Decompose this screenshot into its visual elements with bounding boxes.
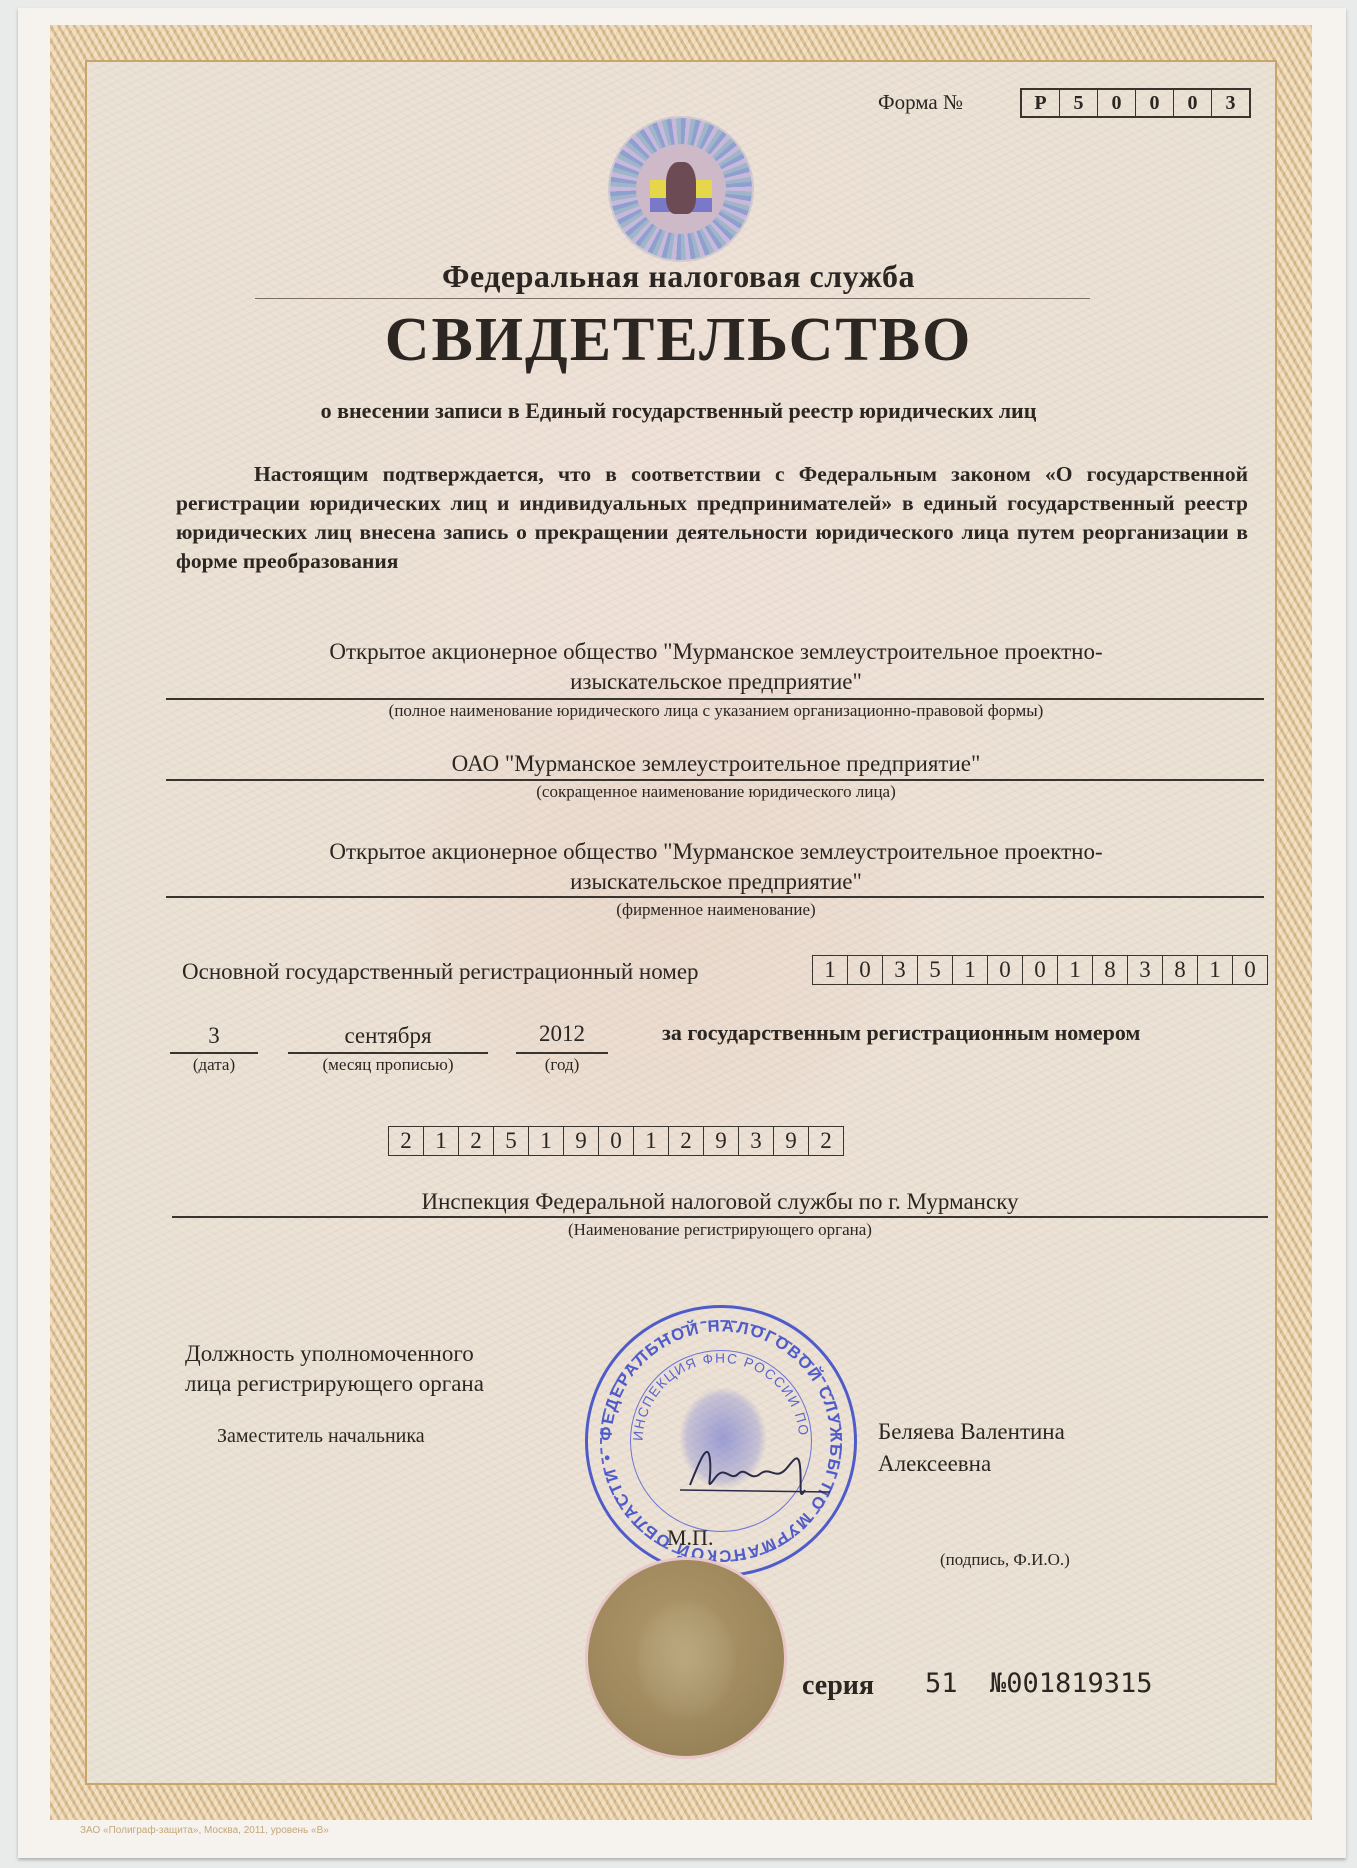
ogrn-digit: 3 xyxy=(883,956,918,984)
hologram-emblem-icon xyxy=(610,118,752,260)
grn-digit: 5 xyxy=(494,1127,529,1155)
document-subtitle: о внесении записи в Единый государственн… xyxy=(0,398,1357,424)
ogrn-digit: 8 xyxy=(1163,956,1198,984)
form-number-label: Форма № xyxy=(878,90,963,115)
ogrn-digit: 8 xyxy=(1093,956,1128,984)
ogrn-digit: 3 xyxy=(1128,956,1163,984)
authority-caption: (Наименование регистрирующего органа) xyxy=(172,1220,1268,1240)
grn-digit: 2 xyxy=(389,1127,424,1155)
full-name-caption: (полное наименование юридического лица с… xyxy=(166,701,1266,721)
full-name-underline xyxy=(166,698,1264,700)
document-title: СВИДЕТЕЛЬСТВО xyxy=(0,305,1357,376)
ogrn-digit: 0 xyxy=(988,956,1023,984)
grn-digit: 2 xyxy=(669,1127,704,1155)
ogrn-digit: 5 xyxy=(918,956,953,984)
authority-underline xyxy=(172,1216,1268,1218)
grn-label: за государственным регистрационным номер… xyxy=(662,1020,1140,1046)
header-divider xyxy=(255,298,1090,299)
grn-digit: 2 xyxy=(459,1127,494,1155)
date-year-caption: (год) xyxy=(516,1055,608,1075)
series-label: серия xyxy=(802,1670,874,1702)
date-month-underline xyxy=(288,1052,488,1054)
short-name: ОАО "Мурманское землеустроительное предп… xyxy=(166,748,1266,780)
certificate-number: №001819315 xyxy=(990,1668,1153,1699)
firm-name-line2: изыскательское предприятие" xyxy=(166,866,1266,898)
full-name-line2: изыскательское предприятие" xyxy=(166,666,1266,698)
grn-digit: 3 xyxy=(739,1127,774,1155)
registering-authority: Инспекция Федеральной налоговой службы п… xyxy=(172,1186,1268,1218)
series-value: 51 xyxy=(925,1668,958,1699)
ogrn-label: Основной государственный регистрационный… xyxy=(182,956,699,988)
signatory-position: Заместитель начальника xyxy=(217,1425,425,1448)
form-code-cell: 0 xyxy=(1136,90,1174,116)
grn-digit: 1 xyxy=(529,1127,564,1155)
form-code-cell: Р xyxy=(1022,90,1060,116)
printer-note: ЗАО «Полиграф-защита», Москва, 2011, уро… xyxy=(80,1825,329,1836)
form-number-boxes: Р 5 0 0 0 3 xyxy=(1020,88,1251,118)
grn-digit: 0 xyxy=(599,1127,634,1155)
grn-digit: 1 xyxy=(424,1127,459,1155)
grn-digit: 9 xyxy=(774,1127,809,1155)
ogrn-digit: 0 xyxy=(848,956,883,984)
date-day-caption: (дата) xyxy=(170,1055,258,1075)
date-month: сентября xyxy=(288,1020,488,1052)
firm-name-caption: (фирменное наименование) xyxy=(166,900,1266,920)
certification-paragraph: Настоящим подтверждается, что в соответс… xyxy=(176,460,1248,576)
firm-name-line1: Открытое акционерное общество "Мурманско… xyxy=(166,836,1266,868)
form-code-cell: 3 xyxy=(1212,90,1249,116)
grn-boxes: 2 1 2 5 1 9 0 1 2 9 3 9 2 xyxy=(388,1126,844,1156)
date-day-underline xyxy=(170,1052,258,1054)
grn-digit: 2 xyxy=(809,1127,843,1155)
firm-name-underline xyxy=(166,896,1264,898)
ogrn-boxes: 1 0 3 5 1 0 0 1 8 3 8 1 0 xyxy=(812,955,1268,985)
signature-icon xyxy=(680,1430,840,1510)
grn-digit: 9 xyxy=(564,1127,599,1155)
ogrn-digit: 0 xyxy=(1233,956,1267,984)
short-name-caption: (сокращенное наименование юридического л… xyxy=(166,782,1266,802)
position-label-line2: лица регистрирующего органа xyxy=(185,1368,484,1400)
signature-caption: (подпись, Ф.И.О.) xyxy=(940,1550,1070,1570)
date-month-caption: (месяц прописью) xyxy=(288,1055,488,1075)
form-code-cell: 5 xyxy=(1060,90,1098,116)
ogrn-digit: 0 xyxy=(1023,956,1058,984)
ogrn-digit: 1 xyxy=(953,956,988,984)
grn-digit: 1 xyxy=(634,1127,669,1155)
signatory-name-line1: Беляева Валентина xyxy=(878,1416,1065,1448)
ogrn-digit: 1 xyxy=(1058,956,1093,984)
date-day: 3 xyxy=(170,1020,258,1052)
ogrn-digit: 1 xyxy=(1198,956,1233,984)
form-code-cell: 0 xyxy=(1174,90,1212,116)
ogrn-digit: 1 xyxy=(813,956,848,984)
gold-seal-icon xyxy=(588,1560,784,1756)
mp-mark: М.П. xyxy=(667,1525,713,1551)
grn-digit: 9 xyxy=(704,1127,739,1155)
form-code-cell: 0 xyxy=(1098,90,1136,116)
date-year: 2012 xyxy=(516,1018,608,1050)
short-name-underline xyxy=(166,779,1264,781)
position-label-line1: Должность уполномоченного xyxy=(185,1338,474,1370)
full-name-line1: Открытое акционерное общество "Мурманско… xyxy=(166,636,1266,668)
signatory-name-line2: Алексеевна xyxy=(878,1448,991,1480)
agency-name: Федеральная налоговая служба xyxy=(0,258,1357,295)
date-year-underline xyxy=(516,1052,608,1054)
